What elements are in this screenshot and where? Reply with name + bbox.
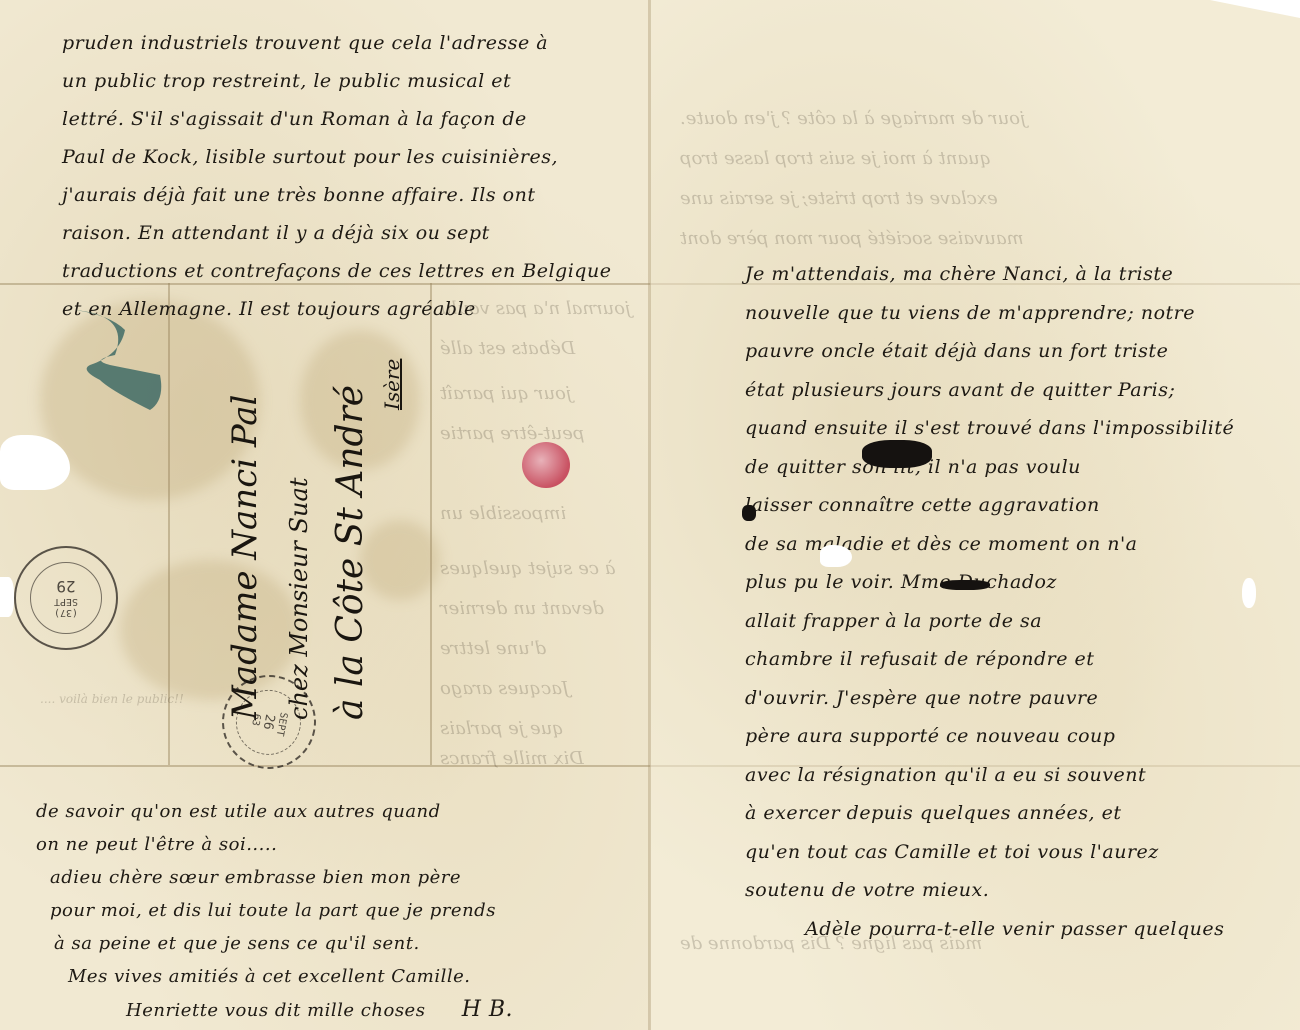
show-through-text: peut-être partie	[440, 415, 584, 453]
text-line: à exercer depuis quelques années, et	[745, 794, 1234, 833]
postmark-code: (37)	[54, 608, 78, 619]
paper-hole	[0, 577, 14, 617]
text-line: laisser connaître cette aggravation	[745, 486, 1234, 525]
text-line: allait frapper à la porte de sa	[745, 602, 1234, 641]
text-line: chambre il refusait de répondre et	[745, 640, 1234, 679]
scribbled-out-word	[862, 440, 932, 468]
text-line: qu'en tout cas Camille et toi vous l'aur…	[745, 833, 1234, 872]
left-page: journal n'a pas voulu Débats est allé jo…	[0, 0, 650, 1030]
text-line: père aura supporté ce nouveau coup	[745, 717, 1234, 756]
text-line: pauvre oncle était déjà dans un fort tri…	[745, 332, 1234, 371]
postmark-year: 63	[250, 713, 263, 727]
text-line: raison. En attendant il y a déjà six ou …	[62, 214, 611, 252]
text-line: traductions et contrefaçons de ces lettr…	[62, 252, 611, 290]
fold-line	[430, 283, 432, 765]
show-through-text: exclave et trop triste; je serais une	[680, 180, 998, 218]
text-line: à sa peine et que je sens ce qu'il sent.	[36, 927, 513, 960]
postmark-month: SEPT	[54, 597, 78, 608]
text-line: Paul de Kock, lisible surtout pour les c…	[62, 138, 611, 176]
text-line: d'ouvrir. J'espère que notre pauvre	[745, 679, 1234, 718]
text-line: de savoir qu'on est utile aux autres qua…	[36, 795, 513, 828]
show-through-text: Débats est allé	[440, 330, 575, 368]
wax-seal	[522, 442, 570, 488]
text-line: on ne peut l'être à soi.....	[36, 828, 513, 861]
text-line: avec la résignation qu'il a eu si souven…	[745, 756, 1234, 795]
address-line-3: à la Côte St André	[330, 385, 371, 720]
show-through-text: Dix mille francs	[440, 740, 584, 778]
postmark-day: 26	[260, 713, 277, 731]
text-line: quand ensuite il s'est trouvé dans l'imp…	[745, 409, 1234, 448]
text-line: j'aurais déjà fait une très bonne affair…	[62, 176, 611, 214]
text-line: Mes vives amitiés à cet excellent Camill…	[36, 960, 513, 993]
show-through-text: impossible un	[440, 495, 566, 533]
show-through-text: Jacques arago	[440, 670, 569, 708]
ink-blot-icon	[70, 310, 170, 420]
show-through-text: mauvaise société pour mon père dont	[680, 220, 1024, 258]
text-line: adieu chère sœur embrasse bien mon père	[36, 861, 513, 894]
right-page: jour de mariage à la côte ? j'en doute. …	[650, 0, 1300, 1030]
scribbled-out-word	[940, 580, 990, 590]
text-line: Adèle pourra-t-elle venir passer quelque…	[745, 910, 1234, 949]
text-line: un public trop restreint, le public musi…	[62, 62, 611, 100]
scribbled-out-word	[742, 505, 756, 521]
postmark-stamp: (37) SEPT 29	[14, 546, 118, 650]
letter-text-top: pruden industriels trouvent que cela l'a…	[62, 24, 611, 328]
letter-body: Je m'attendais, ma chère Nanci, à la tri…	[745, 255, 1234, 948]
text-line: pour moi, et dis lui toute la part que j…	[36, 894, 513, 927]
torn-corner	[1210, 0, 1300, 18]
paper-hole	[1242, 578, 1256, 608]
text-line: lettré. S'il s'agissait d'un Roman à la …	[62, 100, 611, 138]
address-line-4: Isère	[380, 359, 404, 410]
page-gutter	[648, 0, 651, 1030]
show-through-fragment: .... voilà bien le public!!	[40, 680, 184, 718]
text-line: Je m'attendais, ma chère Nanci, à la tri…	[745, 255, 1234, 294]
show-through-text: jour qui paraît	[440, 375, 572, 413]
text-line: nouvelle que tu viens de m'apprendre; no…	[745, 294, 1234, 333]
envelope-address: Madame Nanci Pal chez Monsieur Suat à la…	[215, 300, 415, 720]
closing-line: Henriette vous dit mille choses	[126, 1000, 425, 1021]
text-line: de sa maladie et dès ce moment on n'a	[745, 525, 1234, 564]
paper-hole	[820, 545, 852, 567]
postmark-day: 29	[56, 578, 75, 597]
show-through-text: d'une lettre	[440, 630, 546, 668]
letter-text-bottom: de savoir qu'on est utile aux autres qua…	[36, 795, 513, 1027]
text-line: Henriette vous dit mille choses H B.	[36, 993, 513, 1027]
text-line: état plusieurs jours avant de quitter Pa…	[745, 371, 1234, 410]
text-line: de quitter son lit, il n'a pas voulu	[745, 448, 1234, 487]
address-line-1: Madame Nanci Pal	[225, 395, 265, 720]
show-through-text: à ce sujet quelques	[440, 550, 615, 588]
text-line: soutenu de votre mieux.	[745, 871, 1234, 910]
show-through-text: devant un dernier	[440, 590, 604, 628]
text-line: pruden industriels trouvent que cela l'a…	[62, 24, 611, 62]
show-through-text: jour de mariage à la côte ? j'en doute.	[680, 100, 1026, 138]
signature: H B.	[462, 997, 513, 1022]
show-through-text: quant à moi je suis trop lasse trop	[680, 140, 991, 178]
